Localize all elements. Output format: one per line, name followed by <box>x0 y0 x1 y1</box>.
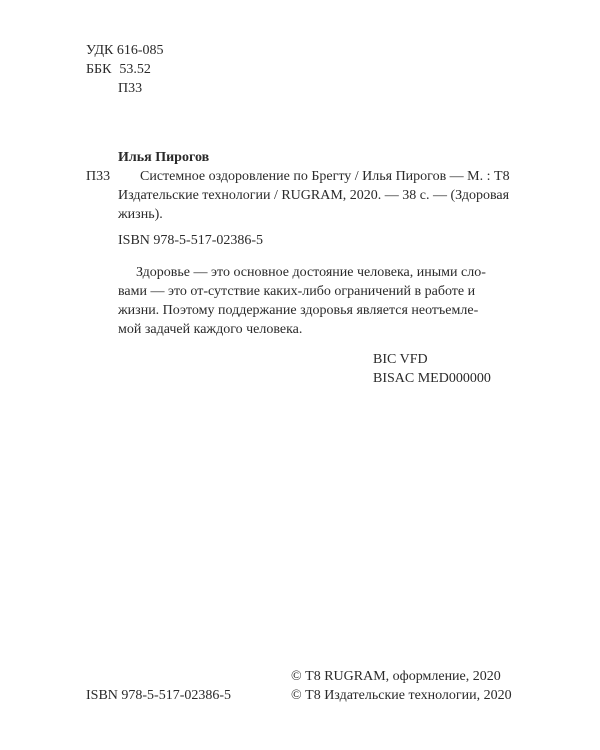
author-name: Илья Пирогов <box>118 148 209 167</box>
annotation-line: жизни. Поэтому поддержание здоровья явля… <box>118 301 498 320</box>
footer-isbn: ISBN 978-5-517-02386-5 <box>86 686 231 705</box>
annotation-line: мой задачей каждого человека. <box>118 320 498 339</box>
bibliographic-description: Системное оздоровление по Брегту / Илья … <box>118 167 498 224</box>
bbk-code: ББК53.52 <box>86 60 151 79</box>
description-line: Системное оздоровление по Брегту / Илья … <box>118 167 498 186</box>
copyright-line: © Т8 RUGRAM, оформление, 2020 <box>291 667 501 686</box>
author-mark: П33 <box>118 79 142 98</box>
description-line: Издательские технологии / RUGRAM, 2020. … <box>118 186 498 205</box>
author-mark-side: П33 <box>86 167 110 186</box>
annotation: Здоровье — это основное достояние челове… <box>118 263 498 339</box>
annotation-line: Здоровье — это основное достояние челове… <box>118 263 498 282</box>
copyright-line: © Т8 Издательские технологии, 2020 <box>291 686 512 705</box>
isbn: ISBN 978-5-517-02386-5 <box>118 231 263 250</box>
annotation-line: вами — это от-сутствие каких-либо ограни… <box>118 282 498 301</box>
description-line: жизнь). <box>118 205 498 224</box>
bbk-value: 53.52 <box>119 62 151 77</box>
bic-code: BIC VFD <box>373 350 428 369</box>
udk-code: УДК 616-085 <box>86 41 164 60</box>
bisac-code: BISAC MED000000 <box>373 369 491 388</box>
bbk-label: ББК <box>86 62 111 77</box>
